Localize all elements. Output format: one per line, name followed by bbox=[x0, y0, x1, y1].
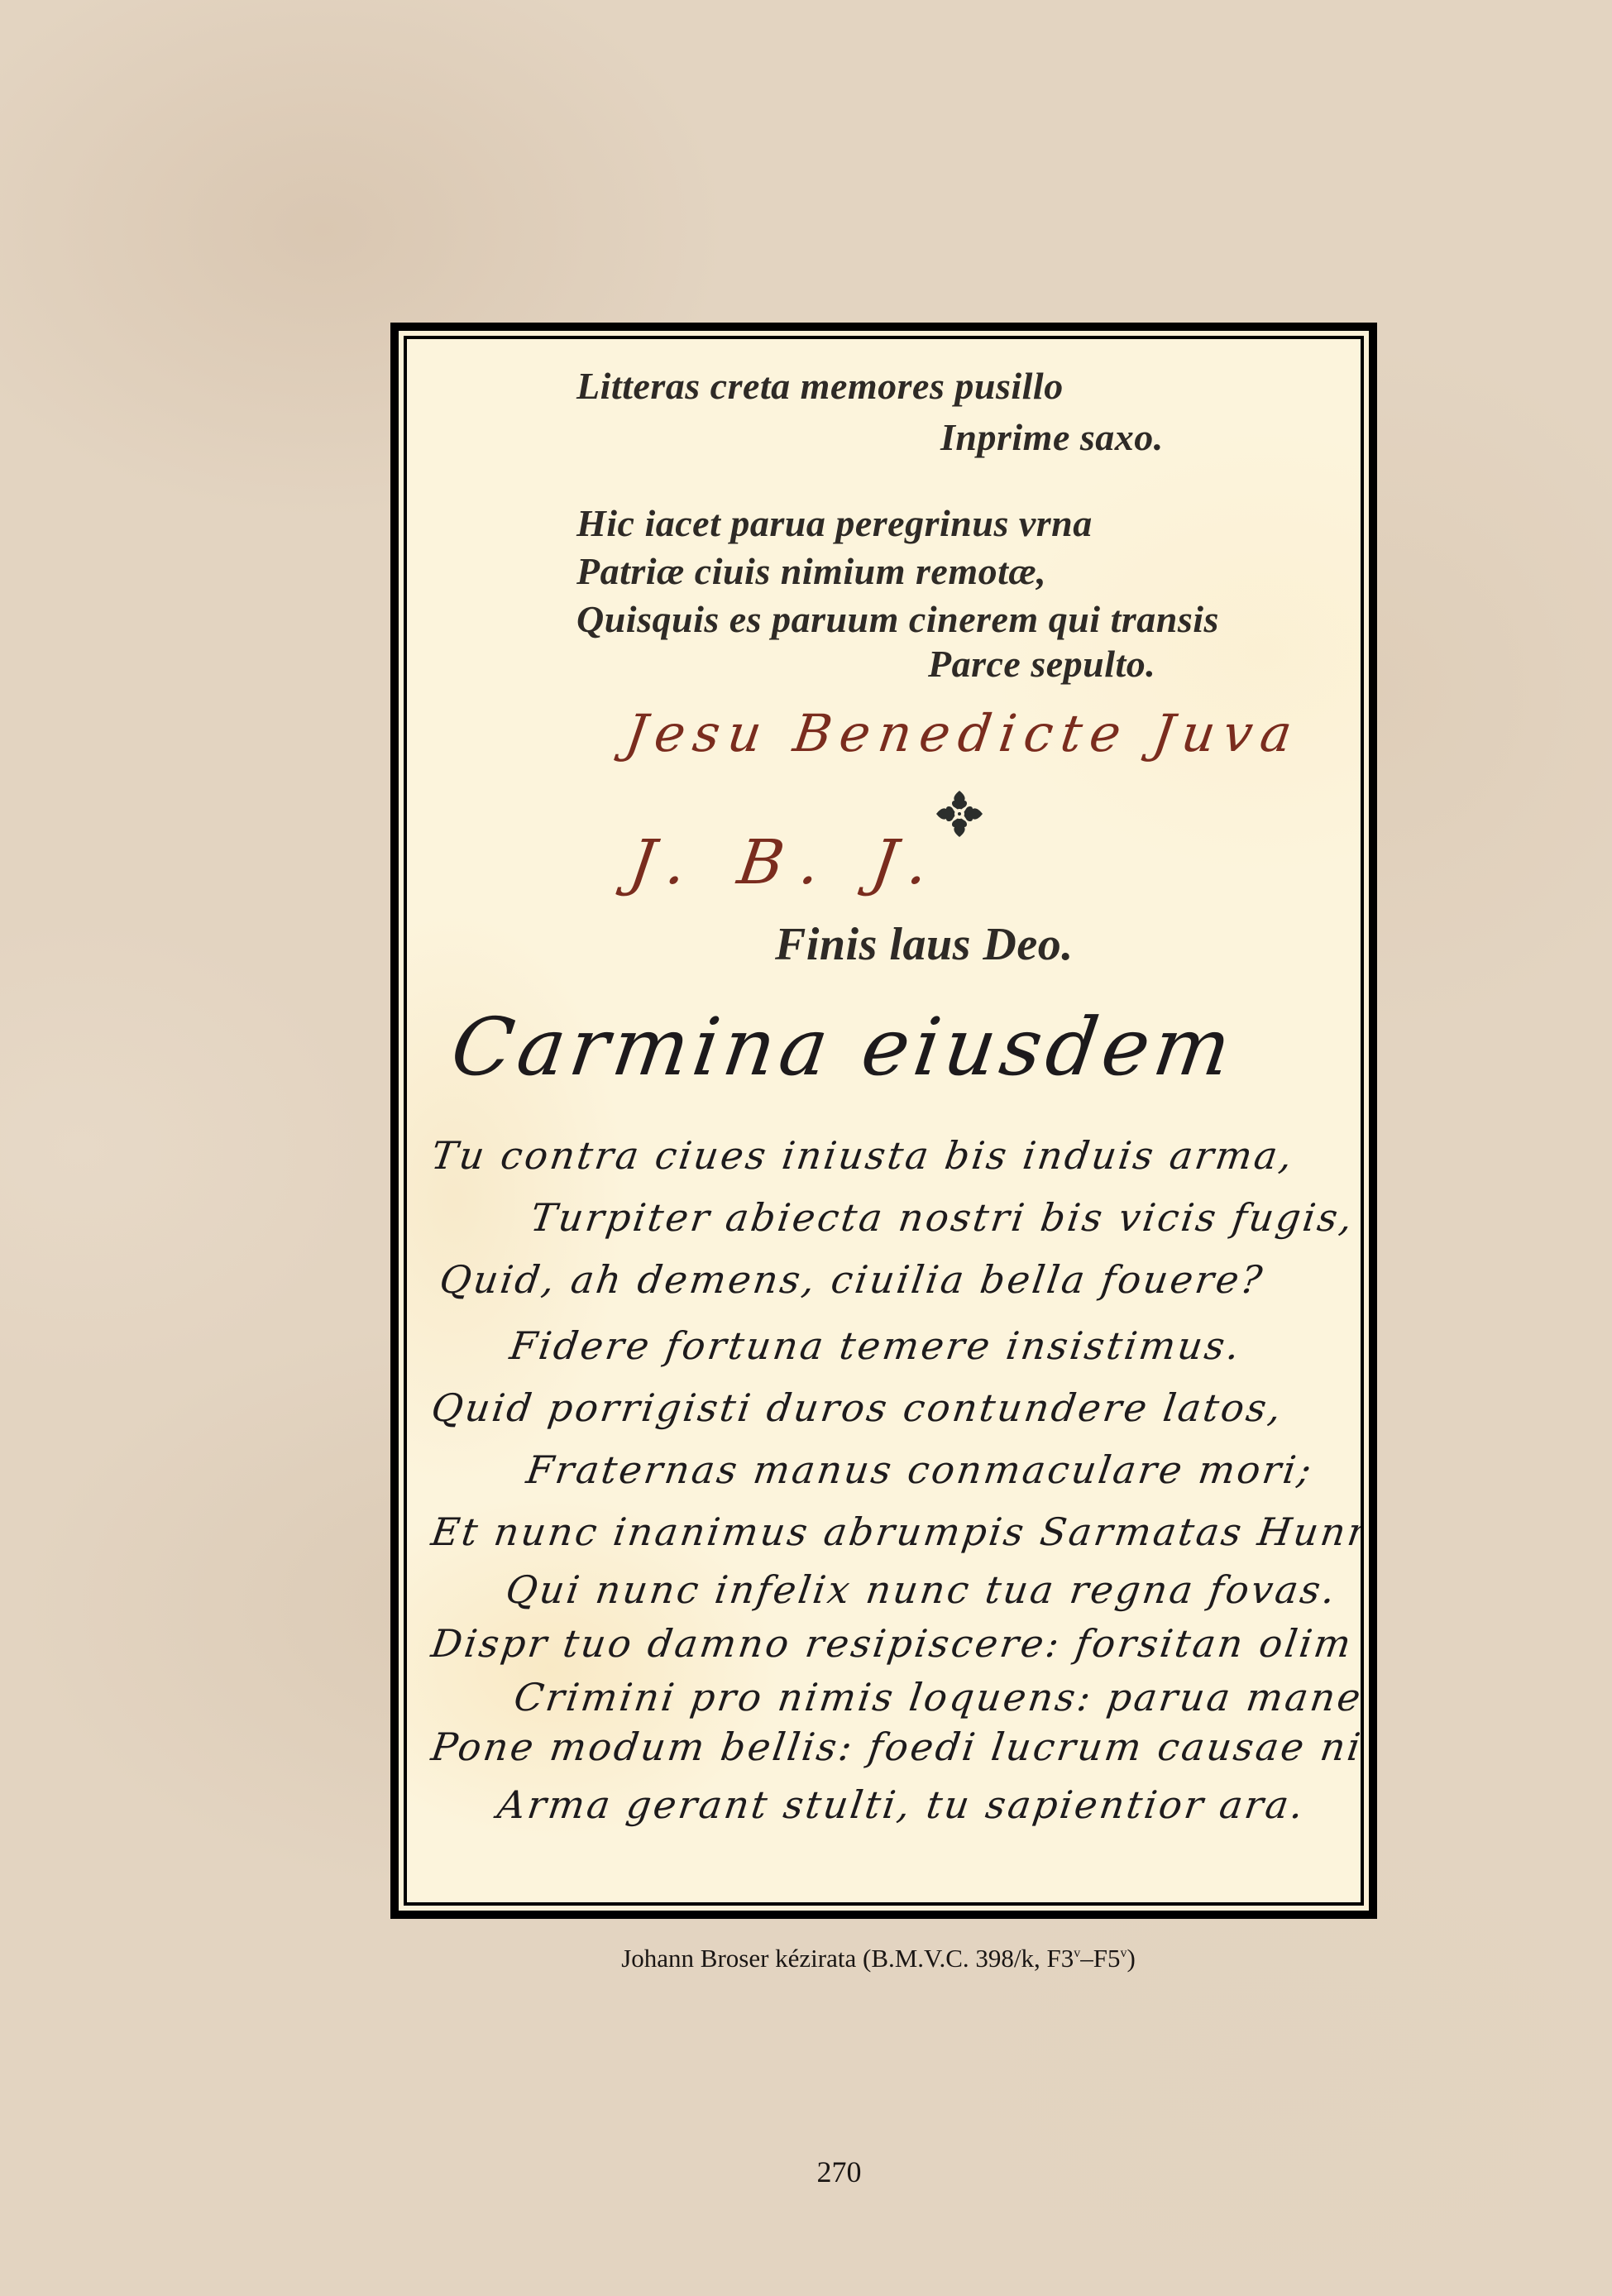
printed-line-2: Inprime saxo. bbox=[940, 415, 1164, 459]
printed-line-1: Litteras creta memores pusillo bbox=[576, 364, 1064, 408]
manuscript-line: Fraternas manus conmaculare mori; bbox=[524, 1447, 1316, 1492]
caption-text: Johann Broser kézirata (B.M.V.C. 398/k, … bbox=[621, 1944, 1074, 1973]
caption-text: –F5 bbox=[1080, 1944, 1120, 1973]
manuscript-line: Tu contra ciues iniusta bis induis arma, bbox=[428, 1133, 1297, 1178]
figure-caption: Johann Broser kézirata (B.M.V.C. 398/k, … bbox=[0, 1944, 1612, 1973]
printed-line-3: Hic iacet parua peregrinus vrna bbox=[576, 501, 1093, 545]
manuscript-heading: Carmina eiusdem bbox=[446, 1001, 1241, 1093]
manuscript-line: Quid, ah demens, ciuilia bella fouere? bbox=[437, 1257, 1267, 1302]
manuscript-line: Qui nunc infelix nunc tua regna fovas. bbox=[503, 1567, 1340, 1612]
manuscript-line: Arma gerant stulti, tu sapientior ara. bbox=[495, 1782, 1308, 1827]
printed-line-4: Patriæ ciuis nimium remotæ, bbox=[576, 549, 1046, 593]
manuscript-line: Crimini pro nimis loquens: parua manet: bbox=[511, 1675, 1364, 1720]
page-number: 270 bbox=[0, 2155, 1612, 2189]
manuscript-line: Pone modum bellis: foedi lucrum causae n… bbox=[428, 1724, 1364, 1769]
handwritten-initials: J. B. J. bbox=[625, 827, 950, 898]
manuscript-line: Et nunc inanimus abrumpis Sarmatas Hunno… bbox=[428, 1509, 1364, 1554]
printed-colophon: Finis laus Deo. bbox=[775, 918, 1074, 971]
caption-text: ) bbox=[1126, 1944, 1135, 1973]
printed-line-6: Parce sepulto. bbox=[928, 642, 1155, 686]
manuscript-line: Turpiter abiecta nostri bis vicis fugis, bbox=[528, 1195, 1357, 1240]
image-frame: Litteras creta memores pusillo Inprime s… bbox=[390, 323, 1377, 1919]
manuscript-line: Dispr tuo damno resipiscere: forsitan ol… bbox=[428, 1621, 1356, 1666]
handwritten-motto: Jesu Benedicte Juva bbox=[622, 703, 1303, 763]
manuscript-line: Quid porrigisti duros contundere latos, bbox=[428, 1385, 1286, 1430]
manuscript-line: Fidere fortuna temere insistimus. bbox=[507, 1323, 1245, 1368]
manuscript-facsimile: Litteras creta memores pusillo Inprime s… bbox=[404, 336, 1364, 1906]
printed-line-5: Quisquis es paruum cinerem qui transis bbox=[576, 597, 1219, 641]
image-frame-gap: Litteras creta memores pusillo Inprime s… bbox=[399, 331, 1369, 1911]
